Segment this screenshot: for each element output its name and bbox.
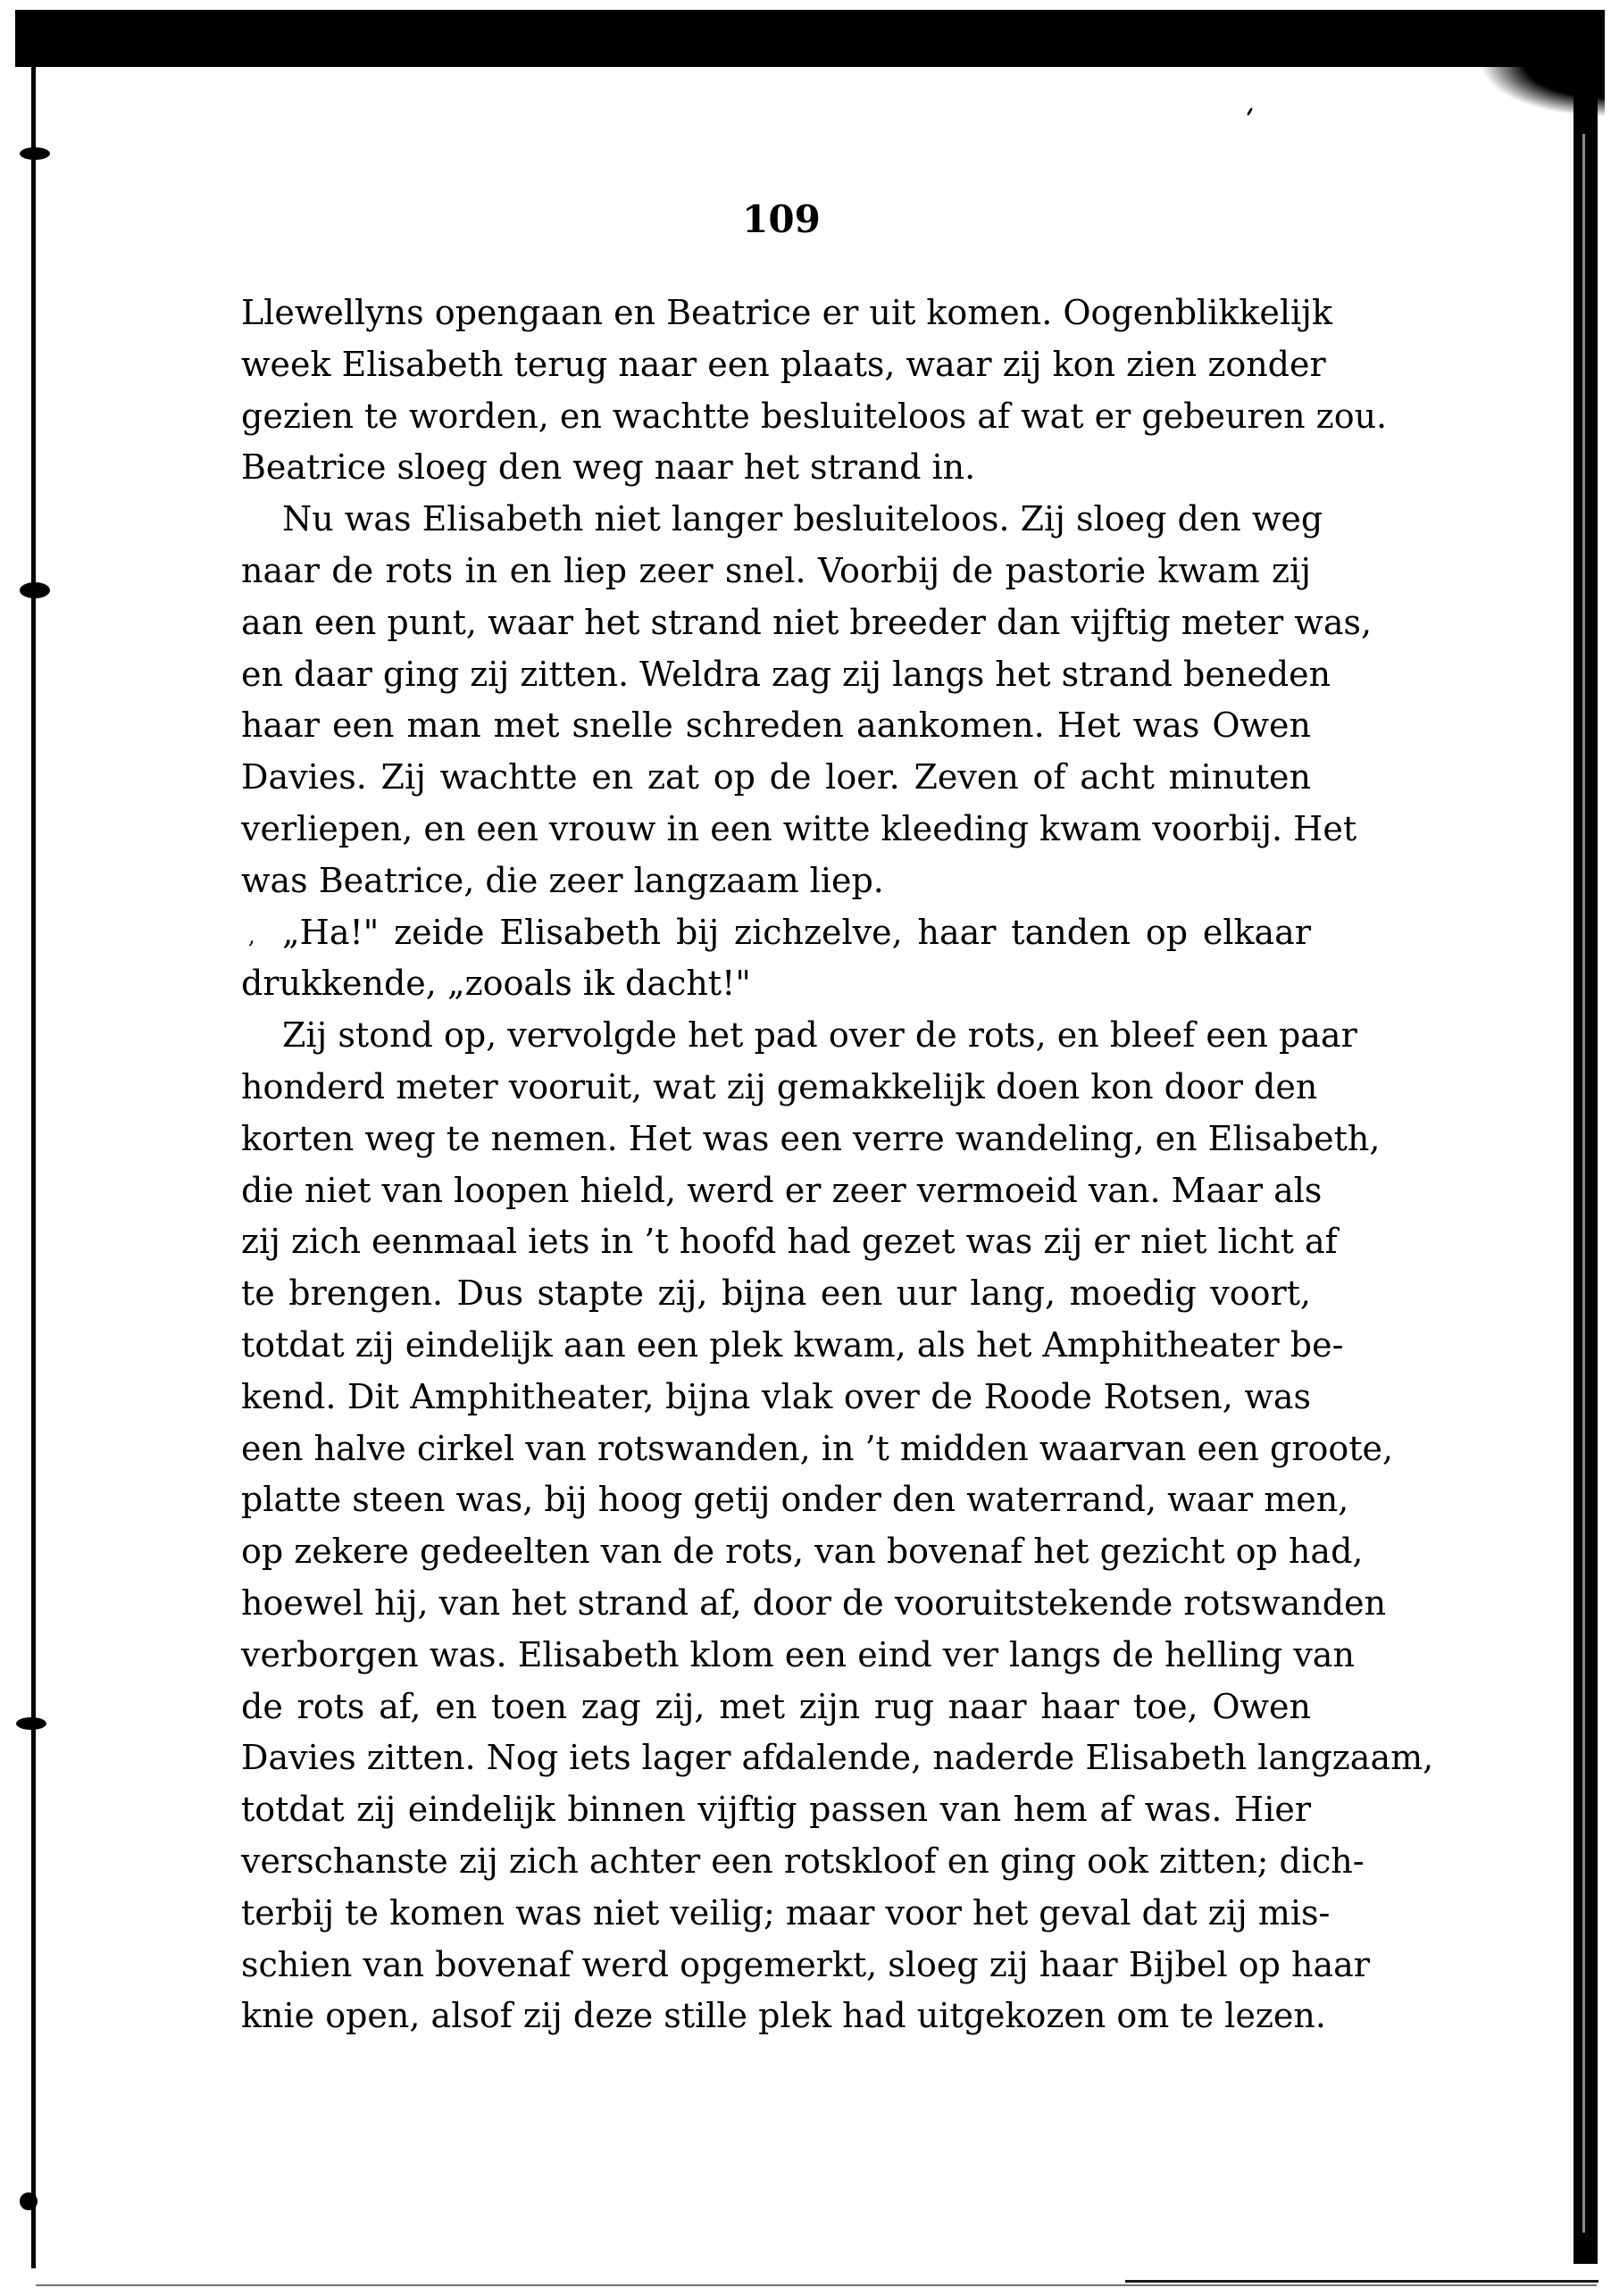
text-line: Davies. Zij wachtte en zat op de loer. Z… [241, 752, 1311, 804]
binding-mark [20, 582, 50, 598]
text-line: terbij te komen was niet veilig; maar vo… [241, 1888, 1311, 1940]
binding-mark [20, 147, 50, 160]
text-line: naar de rots in en liep zeer snel. Voorb… [241, 546, 1311, 597]
body-text: Llewellyns opengaan en Beatrice er uit k… [241, 288, 1311, 2042]
text-line: „Ha!" zeide Elisabeth bij zichzelve, haa… [241, 907, 1311, 959]
text-line: de rots af, en toen zag zij, met zijn ru… [241, 1682, 1311, 1733]
text-line: platte steen was, bij hoog getij onder d… [241, 1474, 1311, 1526]
text-line: Zij stond op, vervolgde het pad over de … [241, 1010, 1311, 1062]
text-line: knie open, alsof zij deze stille plek ha… [241, 1991, 1311, 2042]
text-line: gezien te worden, en wachtte besluiteloo… [241, 391, 1311, 443]
text-line: zij zich eenmaal iets in ’t hoofd had ge… [241, 1216, 1311, 1268]
text-line: Davies zitten. Nog iets lager afdalende,… [241, 1732, 1311, 1784]
text-line: die niet van loopen hield, werd er zeer … [241, 1165, 1311, 1217]
text-line: drukkende, „zooals ik dacht!" [241, 958, 1311, 1010]
text-line: schien van bovenaf werd opgemerkt, sloeg… [241, 1940, 1311, 1991]
paragraph: Nu was Elisabeth niet langer besluiteloo… [241, 494, 1311, 906]
scan-border-left [31, 63, 36, 2268]
text-line: verschanste zij zich achter een rotskloo… [241, 1836, 1311, 1888]
text-line: Beatrice sloeg den weg naar het strand i… [241, 442, 1311, 494]
paragraph: „Ha!" zeide Elisabeth bij zichzelve, haa… [241, 907, 1311, 1011]
paragraph: Zij stond op, vervolgde het pad over de … [241, 1010, 1311, 2042]
text-line: aan een punt, waar het strand niet breed… [241, 597, 1311, 649]
scan-border-bottom-inner [1125, 2280, 1598, 2283]
binding-mark [20, 2192, 38, 2210]
text-line: week Elisabeth terug naar een plaats, wa… [241, 339, 1311, 391]
text-line: was Beatrice, die zeer langzaam liep. [241, 856, 1311, 907]
text-line: honderd meter vooruit, wat zij gemakkeli… [241, 1062, 1311, 1114]
text-line: kend. Dit Amphitheater, bijna vlak over … [241, 1372, 1311, 1424]
scan-border-top [15, 10, 1605, 67]
text-line: op zekere gedeelten van de rots, van bov… [241, 1526, 1311, 1578]
scan-border-right [1573, 54, 1598, 2264]
scan-border-bottom [36, 2284, 1597, 2286]
text-line: Llewellyns opengaan en Beatrice er uit k… [241, 288, 1311, 339]
text-line: Nu was Elisabeth niet langer besluiteloo… [241, 494, 1311, 546]
text-line: verborgen was. Elisabeth klom een eind v… [241, 1630, 1311, 1682]
text-line: hoewel hij, van het strand af, door de v… [241, 1578, 1311, 1630]
text-line: en daar ging zij zitten. Weldra zag zij … [241, 649, 1311, 701]
text-line: totdat zij eindelijk binnen vijftig pass… [241, 1784, 1311, 1836]
text-line: haar een man met snelle schreden aankome… [241, 700, 1311, 752]
binding-mark [16, 1717, 46, 1730]
text-line: korten weg te nemen. Het was een verre w… [241, 1114, 1311, 1165]
text-line: te brengen. Dus stapte zij, bijna een uu… [241, 1268, 1311, 1320]
text-line: een halve cirkel van rotswanden, in ’t m… [241, 1424, 1311, 1475]
scan-speck [1247, 107, 1254, 116]
paragraph: Llewellyns opengaan en Beatrice er uit k… [241, 288, 1311, 494]
page-number: 109 [0, 198, 1563, 241]
text-line: verliepen, en een vrouw in een witte kle… [241, 804, 1311, 856]
text-line: totdat zij eindelijk aan een plek kwam, … [241, 1320, 1311, 1372]
